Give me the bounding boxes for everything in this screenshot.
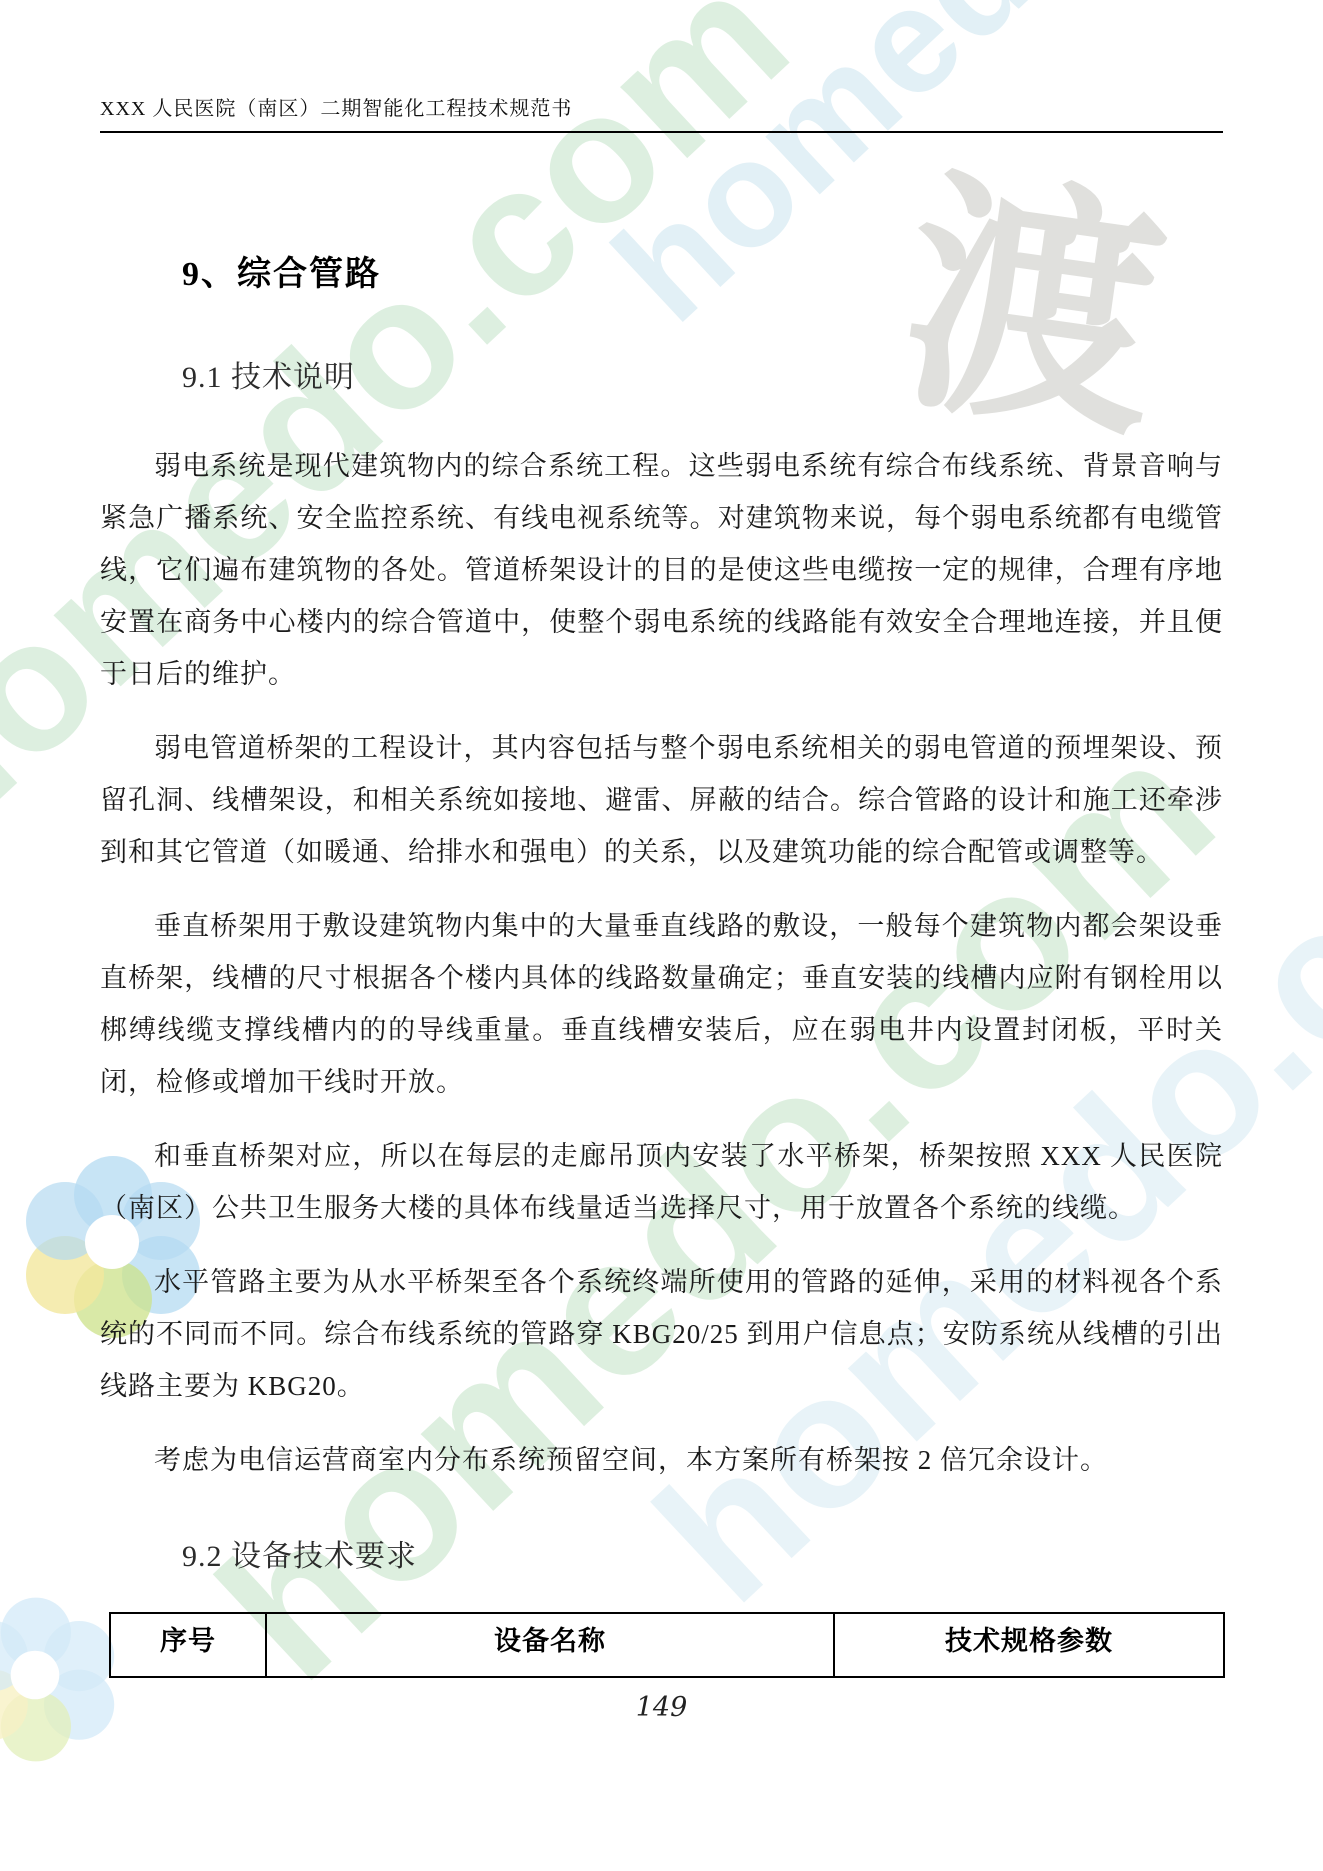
chapter-title: 9、综合管路 [182, 246, 381, 295]
page-header-title: XXX 人民医院（南区）二期智能化工程技术规范书 [100, 92, 572, 121]
page-content: XXX 人民医院（南区）二期智能化工程技术规范书 9、综合管路 9.1 技术说明… [0, 0, 1323, 1871]
equipment-table-header-row: 序号 设备名称 技术规格参数 [110, 1613, 1224, 1677]
page-number: 149 [0, 1692, 1323, 1723]
paragraph-5: 水平管路主要为从水平桥架至各个系统终端所使用的管路的延伸，采用的材料视各个系统的… [100, 1256, 1223, 1412]
paragraph-6: 考虑为电信运营商室内分布系统预留空间，本方案所有桥架按 2 倍冗余设计。 [100, 1434, 1223, 1486]
document-page: homedo.com homedo.com homedo.com homedo.… [0, 0, 1323, 1871]
column-header-tech-spec: 技术规格参数 [834, 1613, 1224, 1677]
body-text: 弱电系统是现代建筑物内的综合系统工程。这些弱电系统有综合布线系统、背景音响与紧急… [100, 440, 1223, 1508]
paragraph-3: 垂直桥架用于敷设建筑物内集中的大量垂直线路的敷设，一般每个建筑物内都会架设垂直桥… [100, 900, 1223, 1108]
header-divider [100, 131, 1223, 133]
paragraph-4: 和垂直桥架对应，所以在每层的走廊吊顶内安装了水平桥架，桥架按照 XXX 人民医院… [100, 1130, 1223, 1234]
equipment-table: 序号 设备名称 技术规格参数 [109, 1612, 1225, 1678]
paragraph-1: 弱电系统是现代建筑物内的综合系统工程。这些弱电系统有综合布线系统、背景音响与紧急… [100, 440, 1223, 700]
column-header-serial-number: 序号 [110, 1613, 266, 1677]
section-title-9-2: 9.2 设备技术要求 [182, 1531, 417, 1575]
section-title-9-1: 9.1 技术说明 [182, 352, 355, 396]
paragraph-2: 弱电管道桥架的工程设计，其内容包括与整个弱电系统相关的弱电管道的预埋架设、预留孔… [100, 722, 1223, 878]
column-header-device-name: 设备名称 [266, 1613, 834, 1677]
